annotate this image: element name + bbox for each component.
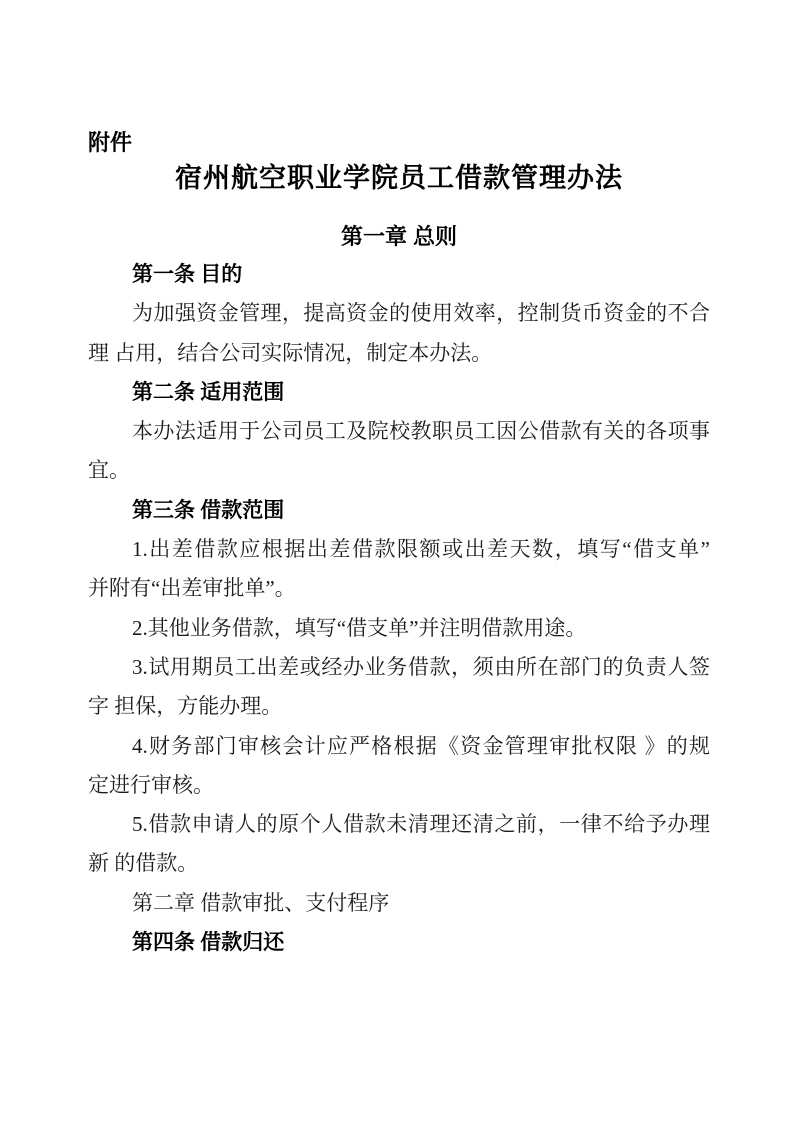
text-line: 2.其他业务借款，填写“借支单”并注明借款用途。 [88, 609, 710, 648]
text-line: 第二条 适用范围 [88, 373, 710, 412]
text-line: 理 占用，结合公司实际情况，制定本办法。 [88, 334, 710, 373]
text-line: 并附有“出差审批单”。 [88, 569, 710, 608]
document-title: 宿州航空职业学院员工借款管理办法 [88, 160, 710, 196]
text-line: 第一条 目的 [88, 255, 710, 294]
text-line: 第四条 借款归还 [88, 923, 710, 962]
text-line: 第三条 借款范围 [88, 491, 710, 530]
attachment-label: 附件 [88, 130, 710, 156]
text-line: 新 的借款。 [88, 844, 710, 883]
text-line: 本办法适用于公司员工及院校教职员工因公借款有关的各项事 [88, 412, 710, 451]
chapter-1-heading: 第一章 总则 [88, 224, 710, 250]
text-line: 第二章 借款审批、支付程序 [88, 884, 710, 923]
text-line: 为加强资金管理，提高资金的使用效率，控制货币资金的不合 [88, 294, 710, 333]
document-page: 附件 宿州航空职业学院员工借款管理办法 第一章 总则 第一条 目的为加强资金管理… [0, 0, 793, 1122]
text-line: 4.财务部门审核会计应严格根据《资金管理审批权限 》的规 [88, 727, 710, 766]
text-line: 1.出差借款应根据出差借款限额或出差天数，填写“借支单” [88, 530, 710, 569]
document-body: 第一条 目的为加强资金管理，提高资金的使用效率，控制货币资金的不合理 占用，结合… [88, 255, 710, 962]
text-line: 3.试用期员工出差或经办业务借款，须由所在部门的负责人签 [88, 648, 710, 687]
text-line: 宜。 [88, 451, 710, 490]
text-line: 定进行审核。 [88, 766, 710, 805]
text-line: 字 担保，方能办理。 [88, 687, 710, 726]
text-line: 5.借款申请人的原个人借款未清理还清之前，一律不给予办理 [88, 805, 710, 844]
